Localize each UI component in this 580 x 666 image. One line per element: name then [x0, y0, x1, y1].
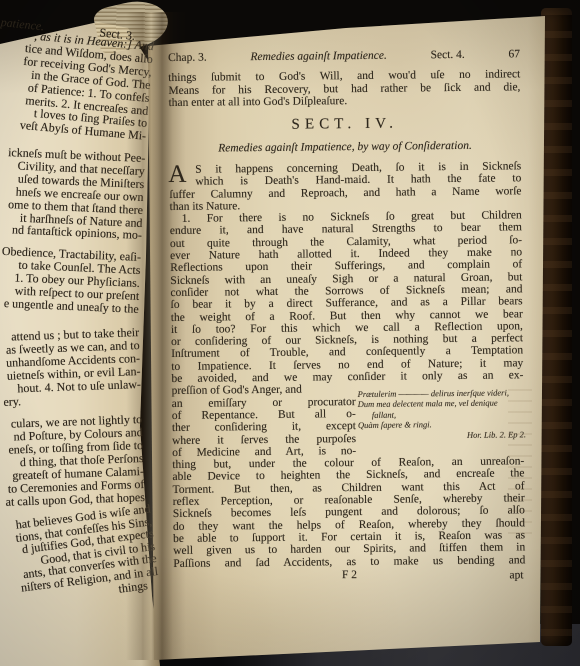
latin-quote: Prætulerim ———— delirus inerſque videri,… [358, 387, 541, 441]
text-line: ery. [0, 391, 142, 413]
section-label: Sect. 4. [431, 49, 465, 61]
section-heading: SECT. IV. [169, 114, 521, 135]
right-page-text: Chap. 3. Remedies againſt Impatience. Se… [146, 8, 555, 664]
right-page: Chap. 3. Remedies againſt Impatience. Se… [146, 12, 548, 664]
open-book-photo: patience. Sect. 3. , as it is in Heaven:… [0, 0, 580, 666]
running-title: Remedies againſt Impatience. [250, 50, 386, 63]
text-line: Quàm ſapere & ringi. [358, 418, 540, 430]
section-subtitle: Remedies againſt Impatience, by way of C… [169, 139, 521, 155]
left-page-text-band-upper-middle: ickneſs muſt be without Pee-Civility, an… [0, 140, 146, 316]
quote-lines: Prætulerim ———— delirus inerſque videri,… [358, 387, 540, 430]
left-page-text-band-lower-middle: attend us ; but to take theiras ſweetly … [0, 326, 145, 513]
text-line: than enter at all into God's Diſpleaſure… [168, 94, 520, 110]
page-footer: F 2 apt [173, 567, 525, 583]
body-text: S it happens concerning Death, ſo it is … [169, 160, 525, 569]
book-binding-edge [541, 8, 572, 646]
catchword: apt [509, 569, 523, 581]
right-page-header: Chap. 3. Remedies againſt Impatience. Se… [168, 48, 520, 64]
intro-paragraph: things ſubmit to God's Will, and wou'd u… [168, 68, 520, 110]
text-line: be avoided, and we may conſider it only … [171, 369, 523, 385]
signature-mark: F 2 [173, 567, 525, 583]
chapter-label: Chap. 3. [168, 52, 207, 64]
page-number: 67 [508, 48, 520, 60]
quote-citation: Hor. Lib. 2. Ep 2. [358, 429, 540, 441]
